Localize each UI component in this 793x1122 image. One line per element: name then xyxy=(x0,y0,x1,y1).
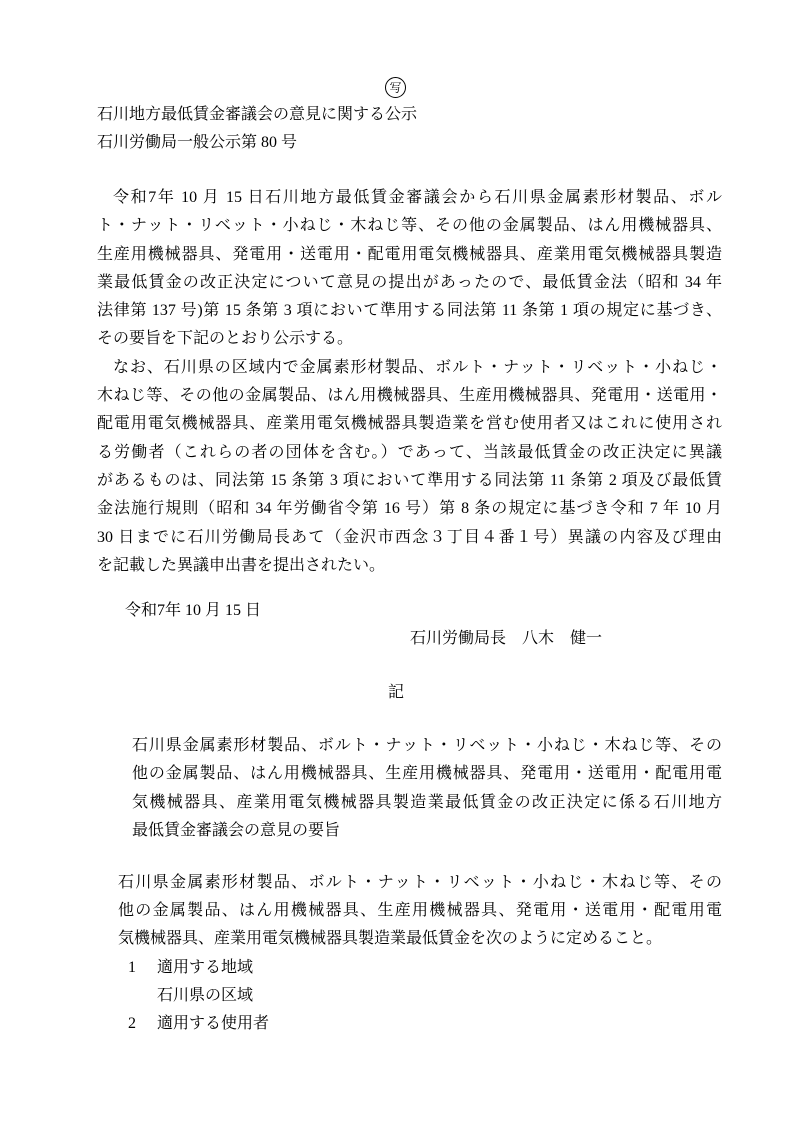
paragraph-2: なお、石川県の区域内で金属素形材製品、ボルト・ナット・リベット・小ねじ・ 木ねじ… xyxy=(97,354,722,580)
numbered-items: 1適用する地域 石川県の区域 2適用する使用者 xyxy=(97,954,722,1039)
item-1-detail: 石川県の区域 xyxy=(97,982,722,1010)
copy-stamp-character: 写 xyxy=(389,81,401,95)
summary-heading-line: 石川県金属素形材製品、ボルト・ナット・リベット・小ねじ・木ねじ等、その xyxy=(132,732,722,760)
summary-heading-line: 最低賃金審議会の意見の要旨 xyxy=(132,817,722,845)
paragraph-2-line: なお、石川県の区域内で金属素形材製品、ボルト・ナット・リベット・小ねじ・ xyxy=(97,354,722,382)
item-2-label: 適用する使用者 xyxy=(157,1015,269,1032)
summary-heading-line: 他の金属製品、はん用機械器具、生産用機械器具、発電用・送電用・配電用電 xyxy=(132,760,722,788)
signature-line: 石川労働局長 八木 健一 xyxy=(97,625,722,653)
item-2-number: 2 xyxy=(128,1010,157,1038)
opinion-body-line: 石川県金属素形材製品、ボルト・ナット・リベット・小ねじ・木ねじ等、その xyxy=(118,869,722,897)
ki-separator: 記 xyxy=(97,679,695,707)
paragraph-2-line: 金法施行規則（昭和 34 年労働省令第 16 号）第 8 条の規定に基づき令和 … xyxy=(97,495,722,523)
opinion-body-line: 気機械器具、産業用電気機械器具製造業最低賃金を次のように定めること。 xyxy=(118,925,722,953)
paragraph-1: 令和7年 10 月 15 日石川地方最低賃金審議会から石川県金属素形材製品、ボル… xyxy=(97,184,722,354)
copy-stamp: 写 xyxy=(385,77,406,98)
paragraph-2-line: 木ねじ等、その他の金属製品、はん用機械器具、生産用機械器具、発電用・送電用・ xyxy=(97,382,722,410)
issue-date: 令和7年 10 月 15 日 xyxy=(97,597,722,625)
paragraph-2-line: る労働者（これらの者の団体を含む。）であって、当該最低賃金の改正決定に異議 xyxy=(97,439,722,467)
item-1-number: 1 xyxy=(128,954,157,982)
item-1-label: 適用する地域 xyxy=(157,959,253,976)
paragraph-2-line: 配電用電気機械器具、産業用電気機械器具製造業を営む使用者又はこれに使用され xyxy=(97,410,722,438)
document-content: 石川地方最低賃金審議会の意見に関する公示 石川労働局一般公示第 80 号 令和7… xyxy=(97,101,722,1039)
item-1: 1適用する地域 xyxy=(97,954,722,982)
paragraph-2-line: があるものは、同法第 15 条第 3 項において準用する同法第 11 条第 2 … xyxy=(97,467,722,495)
paragraph-2-line: を記載した異議申出書を提出されたい。 xyxy=(97,552,722,580)
opinion-body: 石川県金属素形材製品、ボルト・ナット・リベット・小ねじ・木ねじ等、その 他の金属… xyxy=(97,869,722,954)
paragraph-1-line: ト・ナット・リベット・小ねじ・木ねじ等、その他の金属製品、はん用機械器具、 xyxy=(97,212,722,240)
opinion-body-line: 他の金属製品、はん用機械器具、生産用機械器具、発電用・送電用・配電用電 xyxy=(118,897,722,925)
item-2: 2適用する使用者 xyxy=(97,1010,722,1038)
paragraph-1-line: 生産用機械器具、発電用・送電用・配電用電気機械器具、産業用電気機械器具製造 xyxy=(97,241,722,269)
notice-doc-number: 石川労働局一般公示第 80 号 xyxy=(97,129,722,157)
paragraph-2-line: 30 日までに石川労働局長あて（金沢市西念３丁目４番１号）異議の内容及び理由 xyxy=(97,524,722,552)
notice-title: 石川地方最低賃金審議会の意見に関する公示 xyxy=(97,101,722,129)
notice-document-page: 写 石川地方最低賃金審議会の意見に関する公示 石川労働局一般公示第 80 号 令… xyxy=(0,0,793,1122)
summary-heading-line: 気機械器具、産業用電気機械器具製造業最低賃金の改正決定に係る石川地方 xyxy=(132,789,722,817)
opinion-summary-heading: 石川県金属素形材製品、ボルト・ナット・リベット・小ねじ・木ねじ等、その 他の金属… xyxy=(97,732,722,845)
paragraph-1-line: 令和7年 10 月 15 日石川地方最低賃金審議会から石川県金属素形材製品、ボル xyxy=(97,184,722,212)
paragraph-1-line: 業最低賃金の改正決定について意見の提出があったので、最低賃金法（昭和 34 年 xyxy=(97,269,722,297)
paragraph-1-line: その要旨を下記のとおり公示する。 xyxy=(97,325,722,353)
paragraph-1-line: 法律第 137 号)第 15 条第 3 項において準用する同法第 11 条第 1… xyxy=(97,297,722,325)
